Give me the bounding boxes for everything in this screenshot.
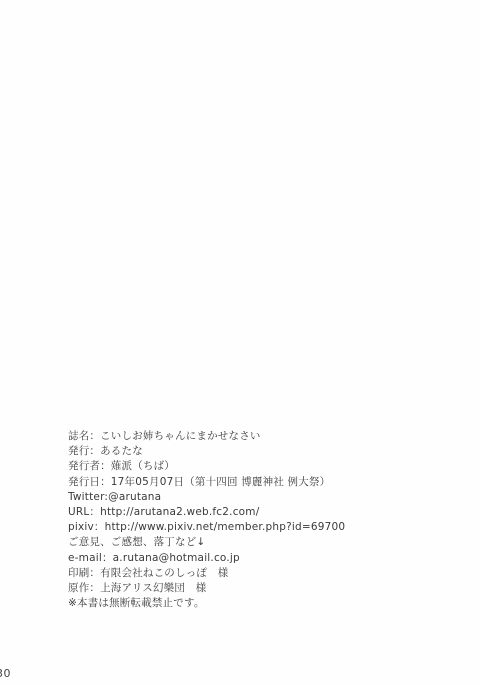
page-number: 30	[0, 667, 11, 680]
colophon-twitter: Twitter:@arutana	[68, 490, 345, 505]
colophon-pixiv: pixiv：http://www.pixiv.net/member.php?id…	[68, 520, 345, 535]
colophon-original-work: 原作：上海アリス幻樂団 様	[68, 581, 345, 596]
colophon-feedback: ご意見、ご感想、落丁など↓	[68, 535, 345, 550]
colophon-publisher: 発行：あるたな	[68, 444, 345, 459]
colophon-title: 誌名：こいしお姉ちゃんにまかせなさい	[68, 429, 345, 444]
colophon-author: 発行者：薙派（ちば）	[68, 459, 345, 474]
colophon-date: 発行日：17年05月07日（第十四回 博麗神社 例大祭）	[68, 475, 345, 490]
colophon-printer: 印刷：有限会社ねこのしっぽ 様	[68, 566, 345, 581]
document-page: 誌名：こいしお姉ちゃんにまかせなさい 発行：あるたな 発行者：薙派（ちば） 発行…	[0, 0, 480, 685]
colophon: 誌名：こいしお姉ちゃんにまかせなさい 発行：あるたな 発行者：薙派（ちば） 発行…	[68, 429, 345, 611]
colophon-copyright-notice: ※本書は無断転載禁止です。	[68, 596, 345, 611]
colophon-url: URL：http://arutana2.web.fc2.com/	[68, 505, 345, 520]
colophon-email: e-mail：a.rutana@hotmail.co.jp	[68, 551, 345, 566]
